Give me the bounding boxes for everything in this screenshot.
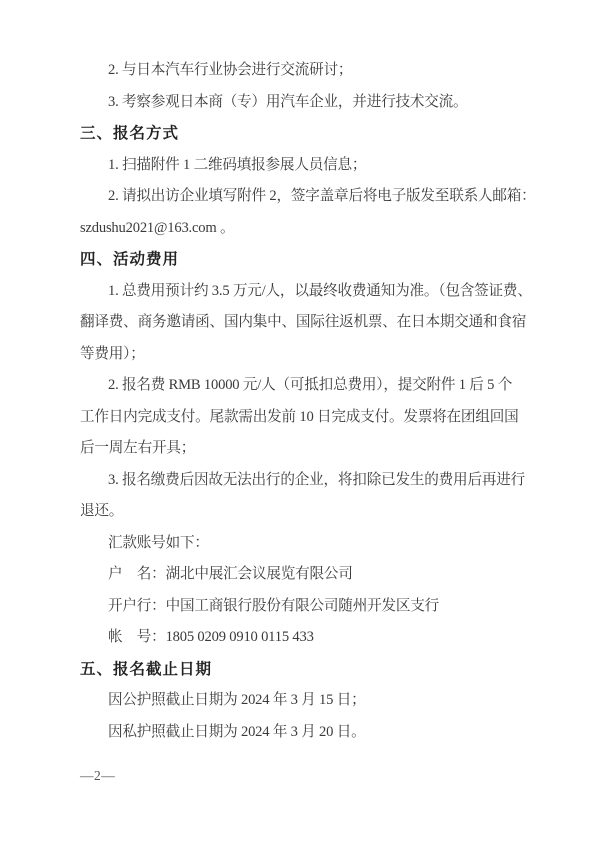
fee-total-line-2: 翻译费、商务邀请函、国内集中、国际往返机票、在日本期交通和食宿 xyxy=(80,307,524,339)
fee-total-line-1: 1. 总费用预计约 3.5 万元/人，以最终收费通知为准。（包含签证费、 xyxy=(80,276,524,308)
contact-email: szdushu2021@163.com 。 xyxy=(80,213,524,245)
account-name: 户 名：湖北中展汇会议展览有限公司 xyxy=(80,559,524,591)
section-heading-activity-fees: 四、活动费用 xyxy=(80,244,524,276)
deadline-private-passport: 因私护照截止日期为 2024 年 3 月 20 日。 xyxy=(80,717,524,749)
section-heading-registration: 三、报名方式 xyxy=(80,118,524,150)
section-heading-deadline: 五、报名截止日期 xyxy=(80,654,524,686)
fee-registration-line-3: 后一周左右开具； xyxy=(80,433,524,465)
list-item-factory-tour: 3. 考察参观日本商（专）用汽车企业，并进行技术交流。 xyxy=(80,87,524,119)
fee-total-line-3: 等费用）； xyxy=(80,339,524,371)
account-bank: 开户行：中国工商银行股份有限公司随州开发区支行 xyxy=(80,591,524,623)
fee-refund-line-1: 3. 报名缴费后因故无法出行的企业，将扣除已发生的费用后再进行 xyxy=(80,465,524,497)
document-body: 2. 与日本汽车行业协会进行交流研讨； 3. 考察参观日本商（专）用汽车企业，并… xyxy=(80,55,524,748)
list-item-visit-exchange: 2. 与日本汽车行业协会进行交流研讨； xyxy=(80,55,524,87)
remittance-intro: 汇款账号如下： xyxy=(80,528,524,560)
fee-registration-line-2: 工作日内完成支付。尾款需出发前 10 日完成支付。发票将在团组回国 xyxy=(80,402,524,434)
list-item-fill-attachment: 2. 请拟出访企业填写附件 2，签字盖章后将电子版发至联系人邮箱： xyxy=(80,181,524,213)
list-item-scan-qrcode: 1. 扫描附件 1 二维码填报参展人员信息； xyxy=(80,150,524,182)
deadline-official-passport: 因公护照截止日期为 2024 年 3 月 15 日； xyxy=(80,685,524,717)
fee-refund-line-2: 退还。 xyxy=(80,496,524,528)
account-number: 帐 号：1805 0209 0910 0115 433 xyxy=(80,622,524,654)
page-number: —2— xyxy=(80,767,115,785)
fee-registration-line-1: 2. 报名费 RMB 10000 元/人（可抵扣总费用），提交附件 1 后 5 … xyxy=(80,370,524,402)
document-page: 2. 与日本汽车行业协会进行交流研讨； 3. 考察参观日本商（专）用汽车企业，并… xyxy=(0,0,600,847)
